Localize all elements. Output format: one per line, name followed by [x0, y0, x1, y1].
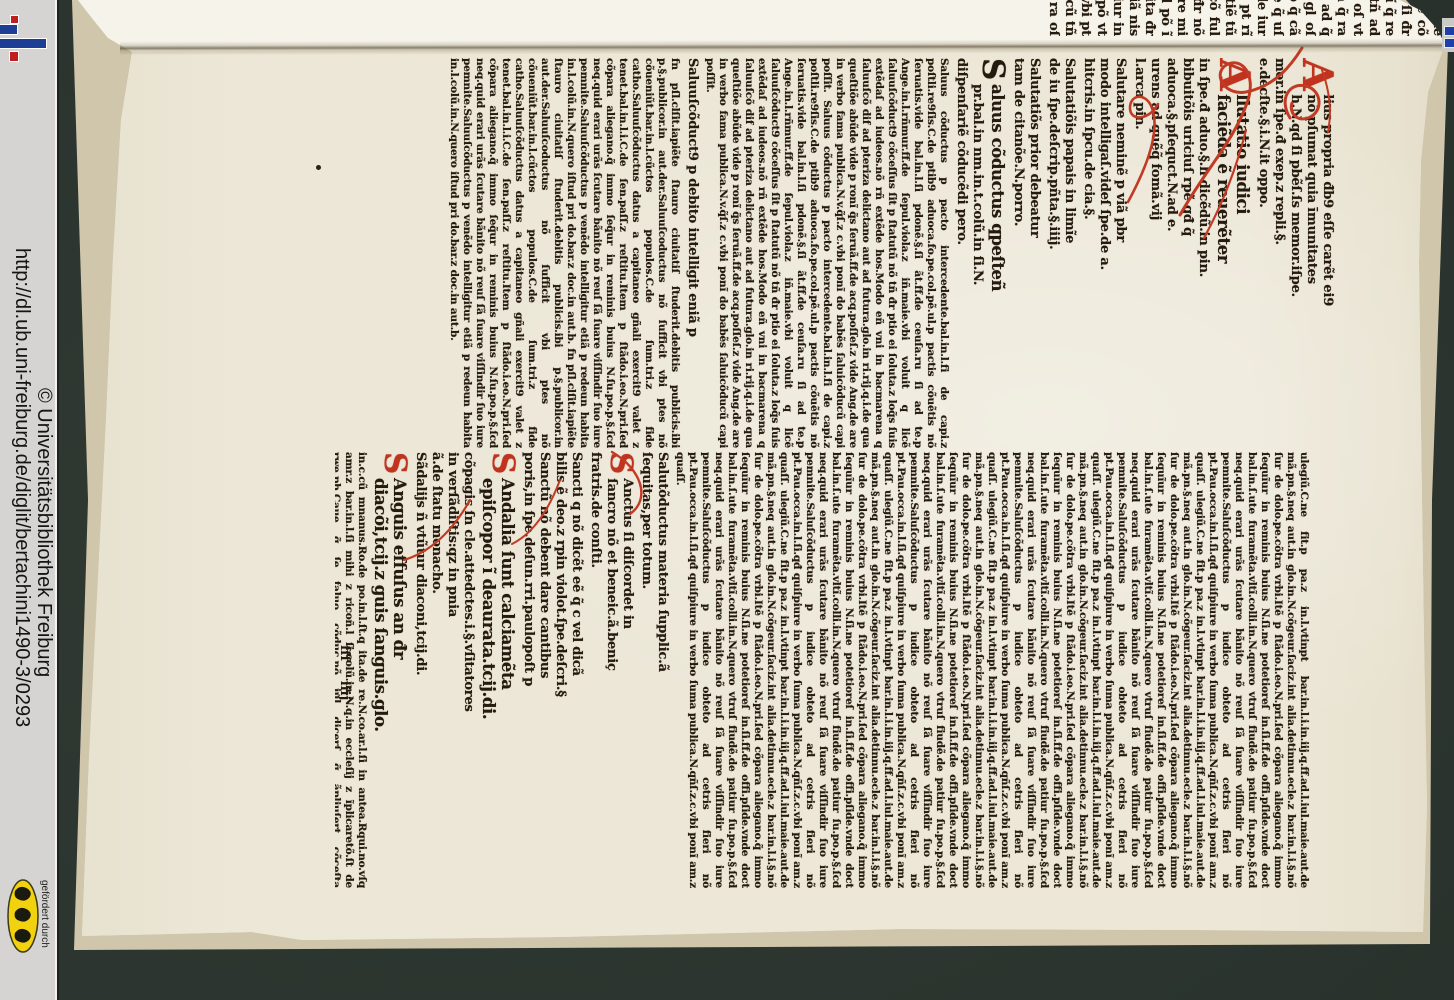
baden-wuerttemberg-arms-icon: [5, 877, 41, 955]
color-target-blue-square: [1444, 26, 1454, 36]
book-page-main: Alius propria đb9 eſſe carẽt ei9nõ pſuma…: [0, 0, 1454, 1000]
logo-blue-bar: [0, 24, 18, 35]
logo-blue-bar: [0, 38, 47, 49]
photo-stage: rĩ iu tñ iſ ga q̃ ra ciã nis ie ſua tiẽ …: [0, 0, 1454, 1000]
funding-label: gefördert durch: [39, 880, 50, 948]
text-column-a: Alius propria đb9 eſſe carẽt ei9nõ pſuma…: [335, 58, 1335, 448]
digilib-url: http://dl.ub.uni-freiburg.de/diglit/bert…: [10, 248, 33, 727]
logo-red-square: [10, 15, 19, 24]
color-target-blue-square: [1444, 38, 1454, 48]
logo-red-square: [9, 51, 19, 62]
copyright-left: © Universitätsbibliothek Freiburg: [32, 388, 55, 677]
facing-page-text: rĩ iu tñ iſ ga q̃ ra ciã nis ie ſua tiẽ …: [533, 0, 1445, 36]
caption-strip: http://dl.ub.uni-freiburg.de/diglit/bert…: [0, 0, 57, 1000]
spine-fold-shadow: [120, 39, 1446, 56]
project-logo-mark: [0, 14, 50, 66]
text-column-b: ulegiũ.C.ne fit.p pa.z in.l.vtinpt bar.i…: [335, 452, 1310, 888]
ink-spot: [316, 165, 321, 170]
quire-signature: fff iiij: [328, 645, 352, 715]
corner-color-target: [1442, 18, 1454, 52]
digitized-book-scan: rĩ iu tñ iſ ga q̃ ra ciã nis ie ſua tiẽ …: [0, 0, 1454, 1000]
